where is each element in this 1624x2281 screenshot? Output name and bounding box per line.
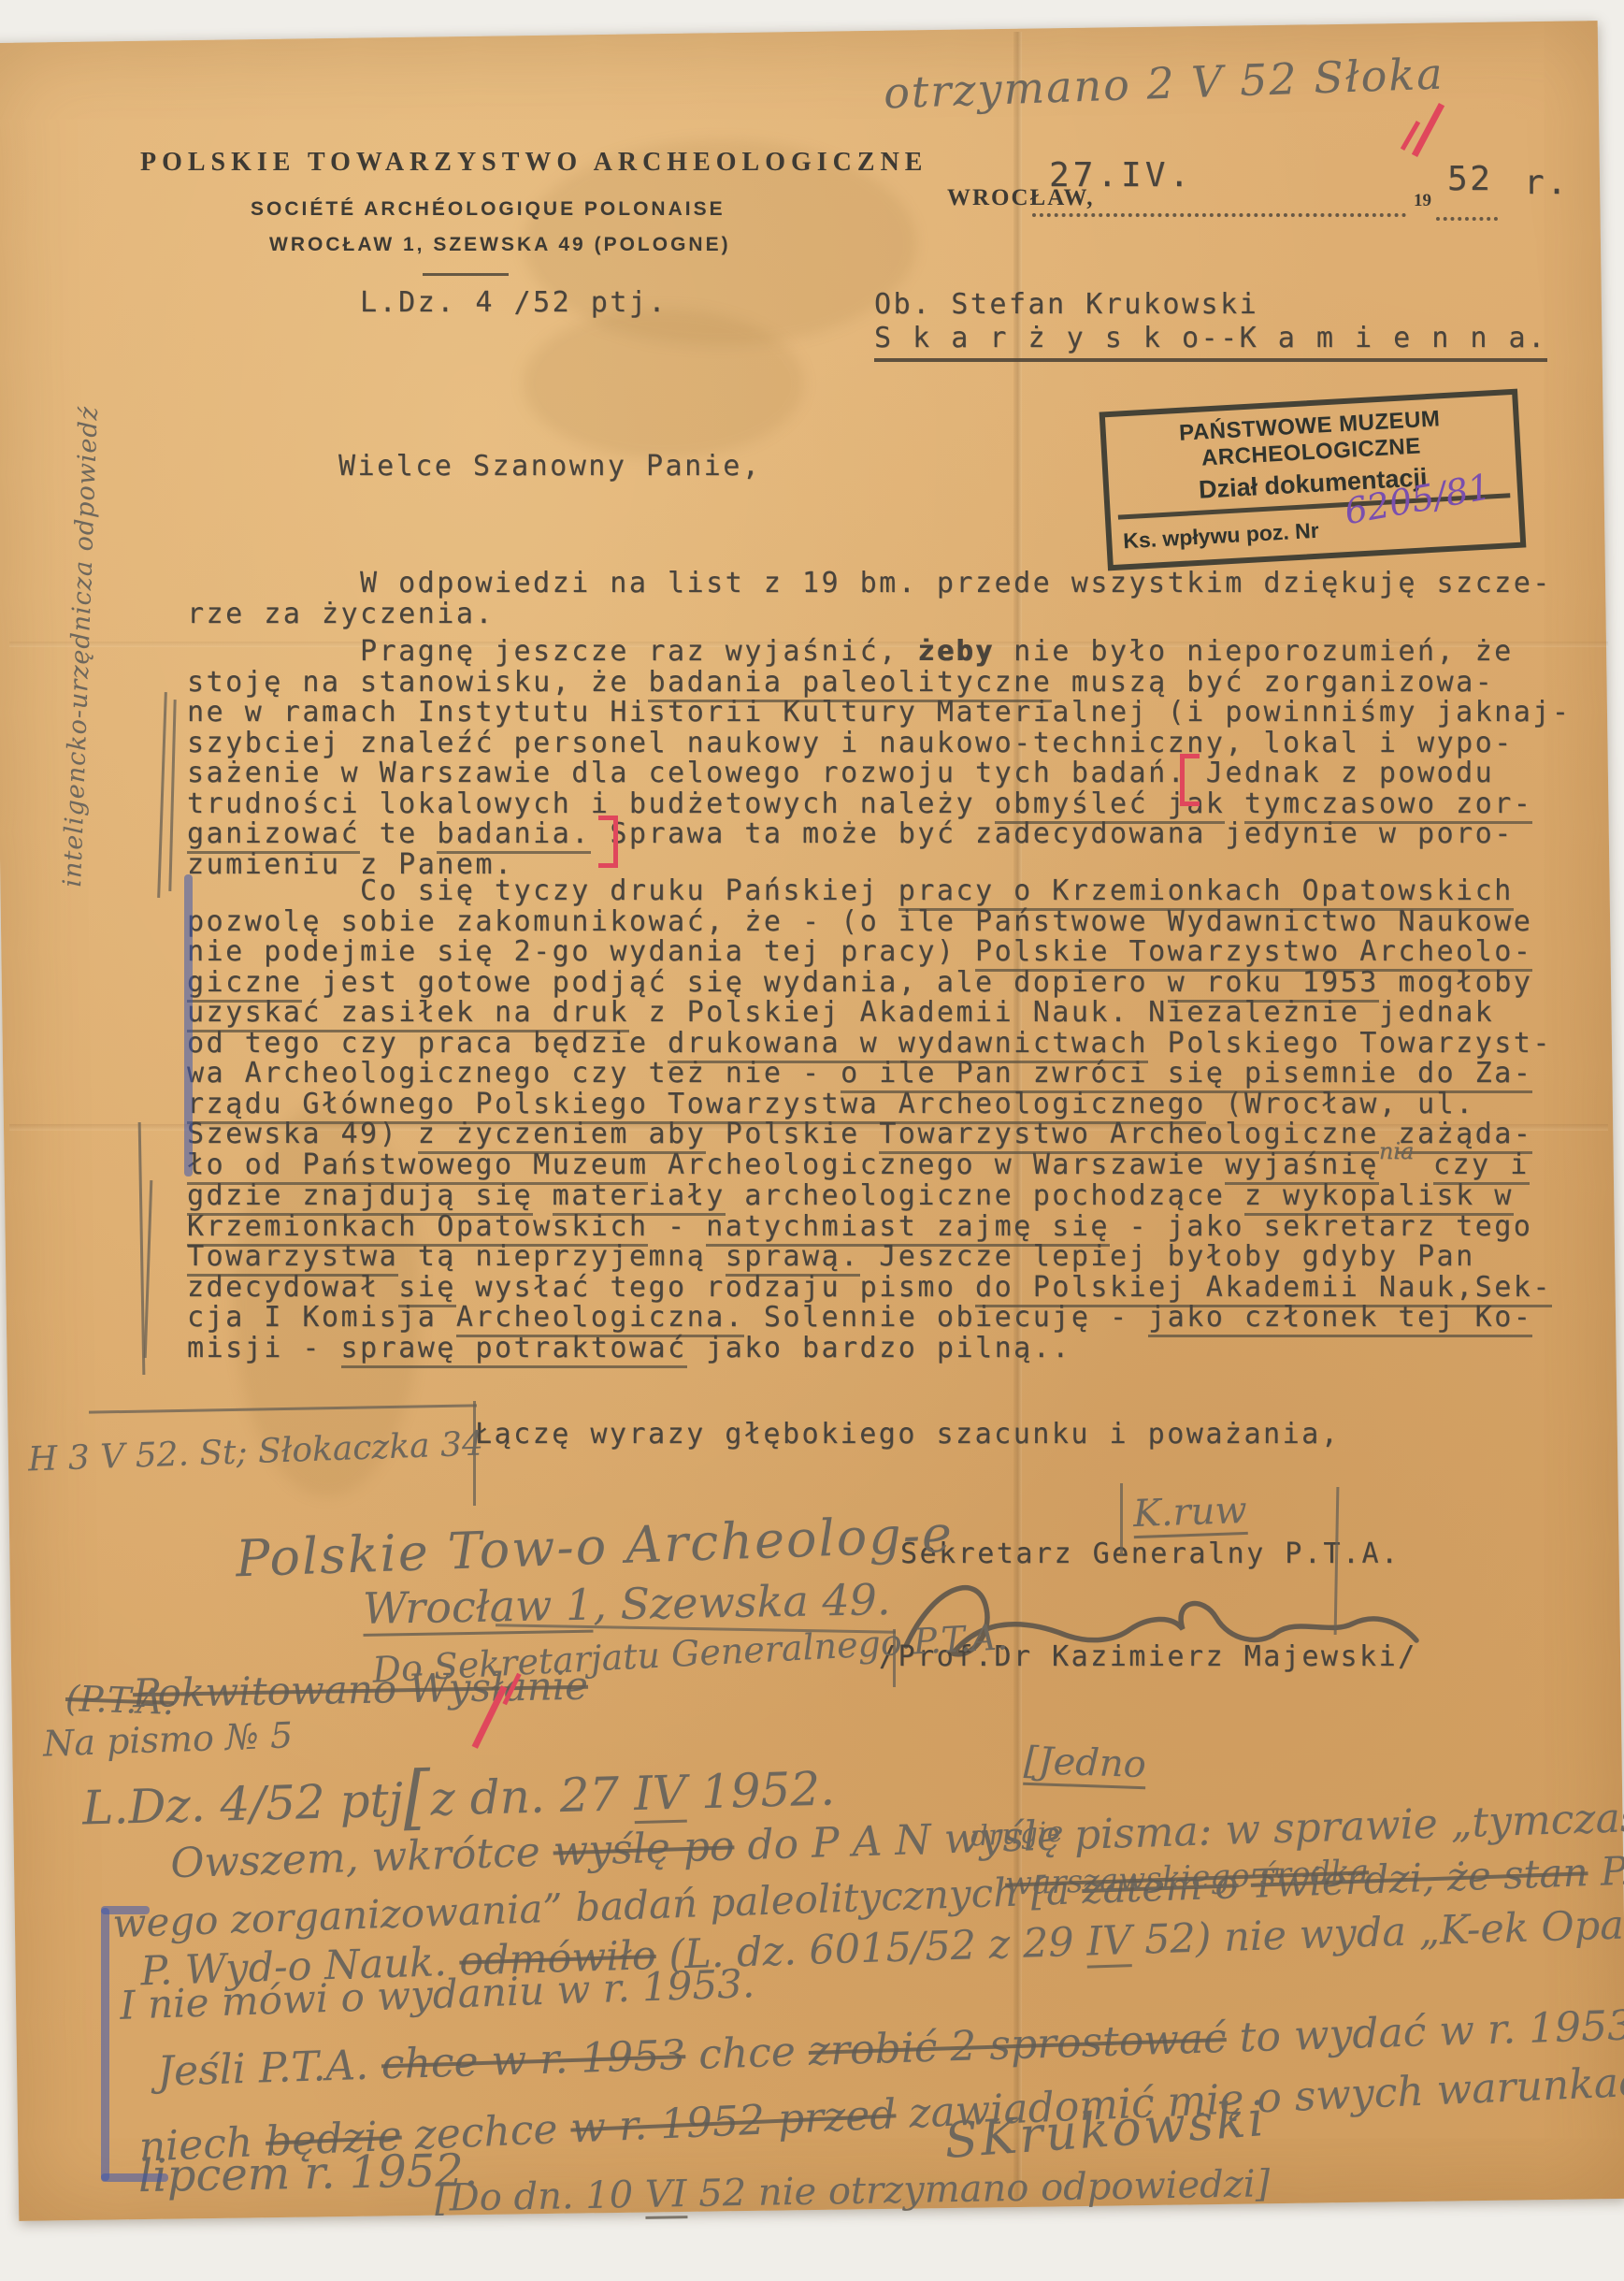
- body-paragraph-2: Pragnę jeszcze raz wyjaśnić, żeby nie by…: [187, 637, 1571, 880]
- scanned-letter-page: POLSKIE TOWARZYSTWO ARCHEOLOGICZNE SOCIÉ…: [0, 0, 1624, 2281]
- museum-receipt-stamp: PAŃSTWOWE MUZEUM ARCHEOLOGICZNE Dział do…: [1099, 389, 1527, 571]
- bleed-through-mark: [524, 309, 804, 458]
- dateline-date-typed: 27.IV.: [1049, 161, 1193, 192]
- body-paragraph-1: W odpowiedzi na list z 19 bm. przede wsz…: [187, 569, 1552, 629]
- addressee-name: Ob. Stefan Krukowski: [874, 290, 1258, 321]
- dateline-year-prefix: 19: [1414, 191, 1431, 211]
- note-crossed-out-line: Pokwitowano Wysłanie: [133, 1663, 589, 1716]
- closing-phrase: Łączę wyrazy głębokiego szacunku i poważ…: [475, 1420, 1340, 1451]
- reference-number: L.Dz. 4 /52 ptj.: [360, 288, 668, 319]
- note-wroclaw: Wrocław 1, Szewska 49.: [363, 1574, 891, 1634]
- addressee-city: S k a r ż y s k o--K a m i e n n a.: [874, 324, 1547, 362]
- letterhead-org-name: POLSKIE TOWARZYSTWO ARCHEOLOGICZNE: [140, 148, 927, 178]
- note-na-pismo: Na pismo № 5: [42, 1714, 294, 1764]
- note-drugie-inserted: drugie: [970, 1815, 1064, 1853]
- note-kruw: K.ruw: [1132, 1489, 1247, 1538]
- note-jedno-inserted: [Jedno: [1023, 1740, 1146, 1787]
- note-lipcem: lipcem r. 1952.: [138, 2144, 479, 2202]
- note-pta-crossed: (P.T.A.: [65, 1678, 175, 1723]
- dateline-year-suffix: r.: [1524, 168, 1569, 199]
- salutation: Wielce Szanowny Panie,: [338, 452, 761, 483]
- letterhead-org-name-french: SOCIÉTÉ ARCHÉOLOGIQUE POLONAISE: [251, 198, 726, 221]
- body-paragraph-3: Co się tyczy druku Pańskiej pracy o Krze…: [187, 876, 1552, 1364]
- dateline-year-typed: 52: [1447, 165, 1492, 195]
- letterhead-address: WROCŁAW 1, SZEWSKA 49 (POLOGNE): [269, 234, 731, 256]
